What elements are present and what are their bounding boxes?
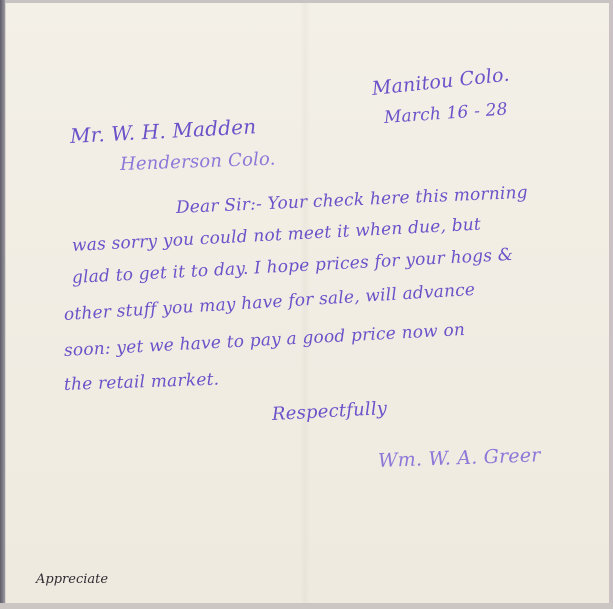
scan-right-edge [609,0,613,609]
pencil-annotation: Appreciate [36,572,108,587]
scan-bottom-edge [0,603,613,609]
